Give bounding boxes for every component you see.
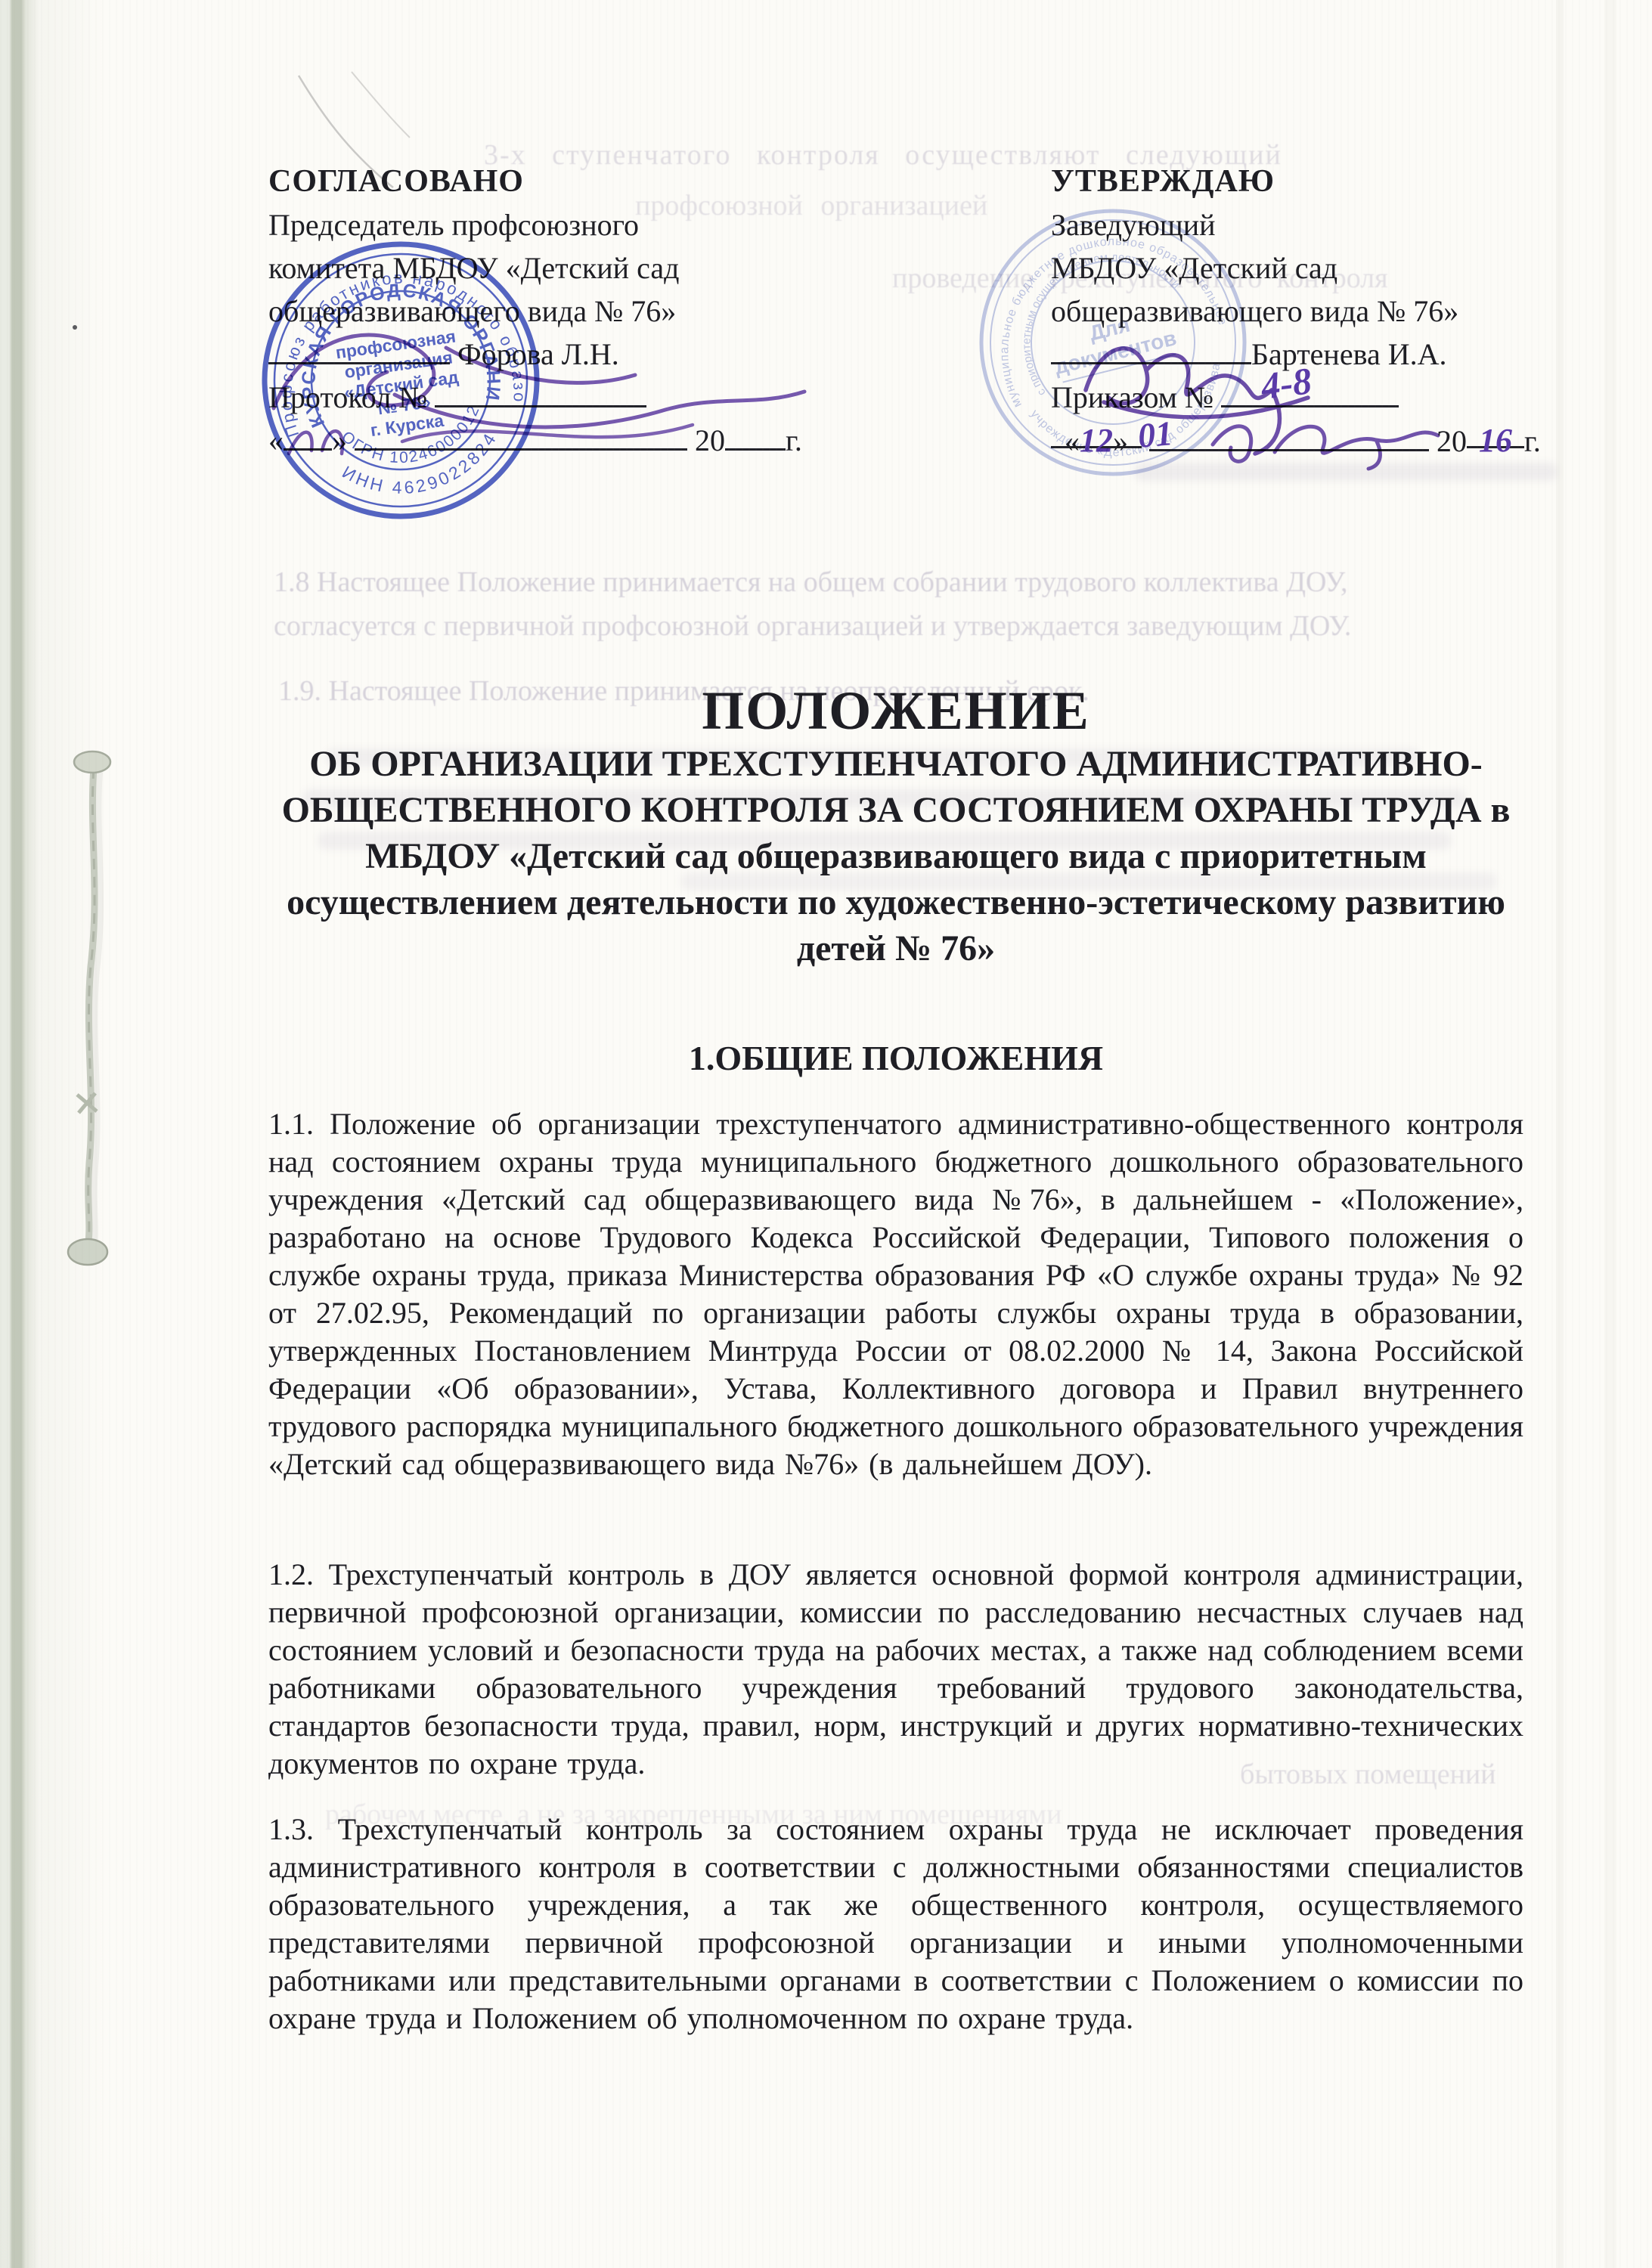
bleedthrough-line: 1.8 Настоящее Положение принимается на о… [274, 565, 1348, 599]
approval-left-heading: СОГЛАСОВАНО [268, 160, 813, 203]
subtitle-line: осуществлением деятельности по художеств… [189, 879, 1603, 925]
year-prefix: 20 [1437, 424, 1467, 458]
scan-streak [1604, 0, 1616, 2268]
document-title: ПОЛОЖЕНИЕ [189, 680, 1603, 741]
subtitle-line: ОБ ОРГАНИЗАЦИИ ТРЕХСТУПЕНЧАТОГО АДМИНИСТ… [189, 741, 1603, 787]
handwritten-order-number: 4-8 [1259, 358, 1314, 408]
scanned-document-page: 3-х ступенчатого контроля осуществляют с… [0, 0, 1652, 2268]
scan-edge-strip [0, 0, 39, 2268]
ink-speck [73, 325, 77, 330]
paragraph-1-2: 1.2. Трехступенчатый контроль в ДОУ явля… [268, 1556, 1523, 1783]
year-suffix: г. [786, 423, 802, 457]
year-line [725, 421, 786, 451]
handwritten-month: 01 [1136, 413, 1174, 456]
union-committee-stamp: Профсоюз работников народного образовани… [234, 214, 567, 547]
bleedthrough-line: согласуется с первичной профсоюзной орга… [274, 609, 1351, 643]
document-title-block: ПОЛОЖЕНИЕ ОБ ОРГАНИЗАЦИИ ТРЕХСТУПЕНЧАТОГ… [189, 680, 1603, 971]
subtitle-line: МБДОУ «Детский сад общеразвивающего вида… [189, 833, 1603, 879]
document-subtitle: ОБ ОРГАНИЗАЦИИ ТРЕХСТУПЕНЧАТОГО АДМИНИСТ… [189, 741, 1603, 971]
year-prefix: 20 [695, 423, 725, 457]
binding-thread [50, 739, 148, 1299]
paragraph-1-3: 1.3. Трехступенчатый контроль за состоян… [268, 1811, 1523, 2037]
paragraph-1-1: 1.1. Положение об организации трехступен… [268, 1105, 1523, 1483]
subtitle-line: детей № 76» [189, 925, 1603, 971]
subtitle-line: ОБЩЕСТВЕННОГО КОНТРОЛЯ ЗА СОСТОЯНИЕМ ОХР… [189, 787, 1603, 833]
year-suffix: г. [1524, 424, 1541, 458]
section-heading: 1.ОБЩИЕ ПОЛОЖЕНИЯ [268, 1037, 1523, 1080]
handwritten-year: 16 [1479, 422, 1512, 459]
